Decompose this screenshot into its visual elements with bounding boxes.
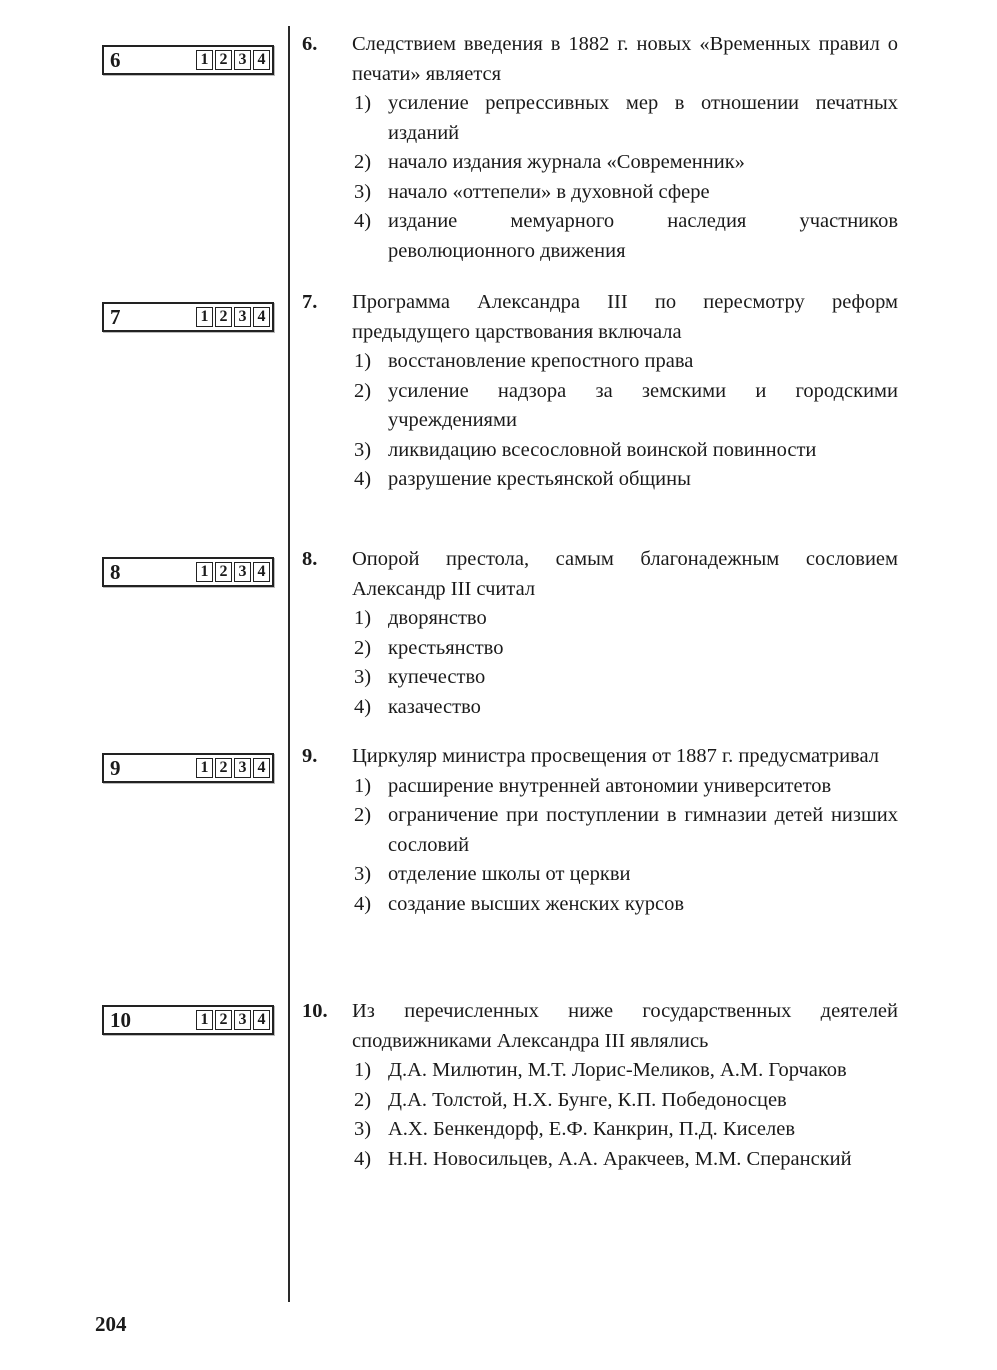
answer-box-number: 10 <box>104 1010 194 1031</box>
option-number: 4) <box>354 1145 388 1175</box>
question-text: Опорой престола, самым благонадежным сос… <box>352 545 898 604</box>
option-text: купечество <box>388 663 898 693</box>
option-item: 1)расширение внутренней автономии универ… <box>354 772 898 802</box>
answer-cell-1[interactable]: 1 <box>196 562 213 582</box>
option-number: 1) <box>354 772 388 802</box>
answer-cell-3[interactable]: 3 <box>234 1010 251 1030</box>
answer-box-10: 101234 <box>102 1005 274 1035</box>
answer-cells: 1234 <box>194 1010 270 1030</box>
question-text: Циркуляр министра просвещения от 1887 г.… <box>352 742 898 772</box>
option-item: 4)разрушение крестьянской общины <box>354 465 898 495</box>
question-8: 8.Опорой престола, самым благонадежным с… <box>302 545 898 722</box>
question-6: 6.Следствием введения в 1882 г. новых «В… <box>302 30 898 266</box>
option-text: крестьянство <box>388 634 898 664</box>
option-number: 3) <box>354 178 388 208</box>
option-text: отделение школы от церкви <box>388 860 898 890</box>
option-text: ликвидацию всесословной воинской повинно… <box>388 436 898 466</box>
option-item: 3)ликвидацию всесословной воинской повин… <box>354 436 898 466</box>
answer-cell-3[interactable]: 3 <box>234 562 251 582</box>
answer-cell-2[interactable]: 2 <box>215 758 232 778</box>
option-item: 3)купечество <box>354 663 898 693</box>
answer-cells: 1234 <box>194 758 270 778</box>
option-text: начало «оттепели» в духовной сфере <box>388 178 898 208</box>
option-number: 1) <box>354 1056 388 1086</box>
option-item: 4)издание мемуарного наследия участников… <box>354 207 898 266</box>
question-7: 7.Программа Александра III по пересмотру… <box>302 288 898 495</box>
question-stem: 9.Циркуляр министра просвещения от 1887 … <box>302 742 898 772</box>
option-text: А.Х. Бенкендорф, Е.Ф. Канкрин, П.Д. Кисе… <box>388 1115 898 1145</box>
question-9: 9.Циркуляр министра просвещения от 1887 … <box>302 742 898 919</box>
option-number: 4) <box>354 890 388 920</box>
answer-cell-4[interactable]: 4 <box>253 50 270 70</box>
answer-cell-3[interactable]: 3 <box>234 307 251 327</box>
option-item: 2)усиление надзора за земскими и городск… <box>354 377 898 436</box>
option-text: разрушение крестьянской общины <box>388 465 898 495</box>
option-text: усиление надзора за земскими и городским… <box>388 377 898 436</box>
option-item: 2)Д.А. Толстой, Н.Х. Бунге, К.П. Победон… <box>354 1086 898 1116</box>
options-list: 1)Д.А. Милютин, М.Т. Лорис-Меликов, А.М.… <box>354 1056 898 1174</box>
answer-box-8: 81234 <box>102 557 274 587</box>
options-list: 1)дворянство2)крестьянство3)купечество4)… <box>354 604 898 722</box>
option-item: 1)дворянство <box>354 604 898 634</box>
option-number: 2) <box>354 1086 388 1116</box>
option-text: восстановление крепостного права <box>388 347 898 377</box>
option-item: 4)создание высших женских курсов <box>354 890 898 920</box>
option-number: 1) <box>354 89 388 148</box>
option-text: казачество <box>388 693 898 723</box>
option-number: 1) <box>354 347 388 377</box>
answer-cells: 1234 <box>194 562 270 582</box>
option-number: 3) <box>354 860 388 890</box>
question-number: 8. <box>302 545 352 604</box>
option-number: 2) <box>354 634 388 664</box>
question-stem: 7.Программа Александра III по пересмотру… <box>302 288 898 347</box>
option-item: 1)восстановление крепостного права <box>354 347 898 377</box>
answer-cells: 1234 <box>194 307 270 327</box>
option-number: 3) <box>354 1115 388 1145</box>
answer-cell-1[interactable]: 1 <box>196 1010 213 1030</box>
option-text: ограничение при поступлении в гимназии д… <box>388 801 898 860</box>
option-item: 2)ограничение при поступлении в гимназии… <box>354 801 898 860</box>
answer-cell-1[interactable]: 1 <box>196 307 213 327</box>
option-text: создание высших женских курсов <box>388 890 898 920</box>
option-text: издание мемуарного наследия участников р… <box>388 207 898 266</box>
option-number: 2) <box>354 801 388 860</box>
answer-cell-1[interactable]: 1 <box>196 50 213 70</box>
option-text: начало издания журнала «Современник» <box>388 148 898 178</box>
answer-cell-4[interactable]: 4 <box>253 307 270 327</box>
option-item: 4)казачество <box>354 693 898 723</box>
question-text: Программа Александра III по пересмотру р… <box>352 288 898 347</box>
option-number: 4) <box>354 465 388 495</box>
option-number: 4) <box>354 207 388 266</box>
answer-cell-4[interactable]: 4 <box>253 758 270 778</box>
column-divider <box>288 26 290 1302</box>
question-10: 10.Из перечисленных ниже государственных… <box>302 997 898 1174</box>
options-list: 1)усиление репрессивных мер в отношении … <box>354 89 898 266</box>
option-text: Д.А. Милютин, М.Т. Лорис-Меликов, А.М. Г… <box>388 1056 898 1086</box>
option-item: 1)усиление репрессивных мер в отношении … <box>354 89 898 148</box>
option-item: 3)А.Х. Бенкендорф, Е.Ф. Канкрин, П.Д. Ки… <box>354 1115 898 1145</box>
answer-box-9: 91234 <box>102 753 274 783</box>
question-number: 10. <box>302 997 352 1056</box>
answer-cell-2[interactable]: 2 <box>215 50 232 70</box>
option-text: Н.Н. Новосильцев, А.А. Аракчеев, М.М. Сп… <box>388 1145 898 1175</box>
option-number: 4) <box>354 693 388 723</box>
option-text: Д.А. Толстой, Н.Х. Бунге, К.П. Победонос… <box>388 1086 898 1116</box>
answer-cell-3[interactable]: 3 <box>234 758 251 778</box>
option-item: 2)начало издания журнала «Современник» <box>354 148 898 178</box>
answer-box-6: 61234 <box>102 45 274 75</box>
option-item: 2)крестьянство <box>354 634 898 664</box>
option-item: 4)Н.Н. Новосильцев, А.А. Аракчеев, М.М. … <box>354 1145 898 1175</box>
option-number: 2) <box>354 148 388 178</box>
option-text: усиление репрессивных мер в отношении пе… <box>388 89 898 148</box>
option-text: расширение внутренней автономии универси… <box>388 772 898 802</box>
option-number: 1) <box>354 604 388 634</box>
answer-cell-2[interactable]: 2 <box>215 1010 232 1030</box>
question-text: Из перечисленных ниже государственных де… <box>352 997 898 1056</box>
answer-box-number: 9 <box>104 758 194 779</box>
answer-cell-3[interactable]: 3 <box>234 50 251 70</box>
option-text: дворянство <box>388 604 898 634</box>
options-list: 1)восстановление крепостного права2)усил… <box>354 347 898 495</box>
answer-box-7: 71234 <box>102 302 274 332</box>
option-number: 2) <box>354 377 388 436</box>
question-stem: 10.Из перечисленных ниже государственных… <box>302 997 898 1056</box>
answer-cell-4[interactable]: 4 <box>253 1010 270 1030</box>
answer-cell-2[interactable]: 2 <box>215 562 232 582</box>
answer-box-number: 8 <box>104 562 194 583</box>
options-list: 1)расширение внутренней автономии универ… <box>354 772 898 920</box>
answer-cells: 1234 <box>194 50 270 70</box>
answer-box-number: 6 <box>104 50 194 71</box>
question-number: 9. <box>302 742 352 772</box>
option-item: 3)отделение школы от церкви <box>354 860 898 890</box>
question-number: 6. <box>302 30 352 89</box>
answer-cell-1[interactable]: 1 <box>196 758 213 778</box>
option-item: 1)Д.А. Милютин, М.Т. Лорис-Меликов, А.М.… <box>354 1056 898 1086</box>
page-number: 204 <box>95 1312 127 1337</box>
option-number: 3) <box>354 663 388 693</box>
option-number: 3) <box>354 436 388 466</box>
answer-box-number: 7 <box>104 307 194 328</box>
question-stem: 8.Опорой престола, самым благонадежным с… <box>302 545 898 604</box>
answer-cell-4[interactable]: 4 <box>253 562 270 582</box>
question-text: Следствием введения в 1882 г. новых «Вре… <box>352 30 898 89</box>
answer-cell-2[interactable]: 2 <box>215 307 232 327</box>
option-item: 3)начало «оттепели» в духовной сфере <box>354 178 898 208</box>
question-stem: 6.Следствием введения в 1882 г. новых «В… <box>302 30 898 89</box>
question-number: 7. <box>302 288 352 347</box>
